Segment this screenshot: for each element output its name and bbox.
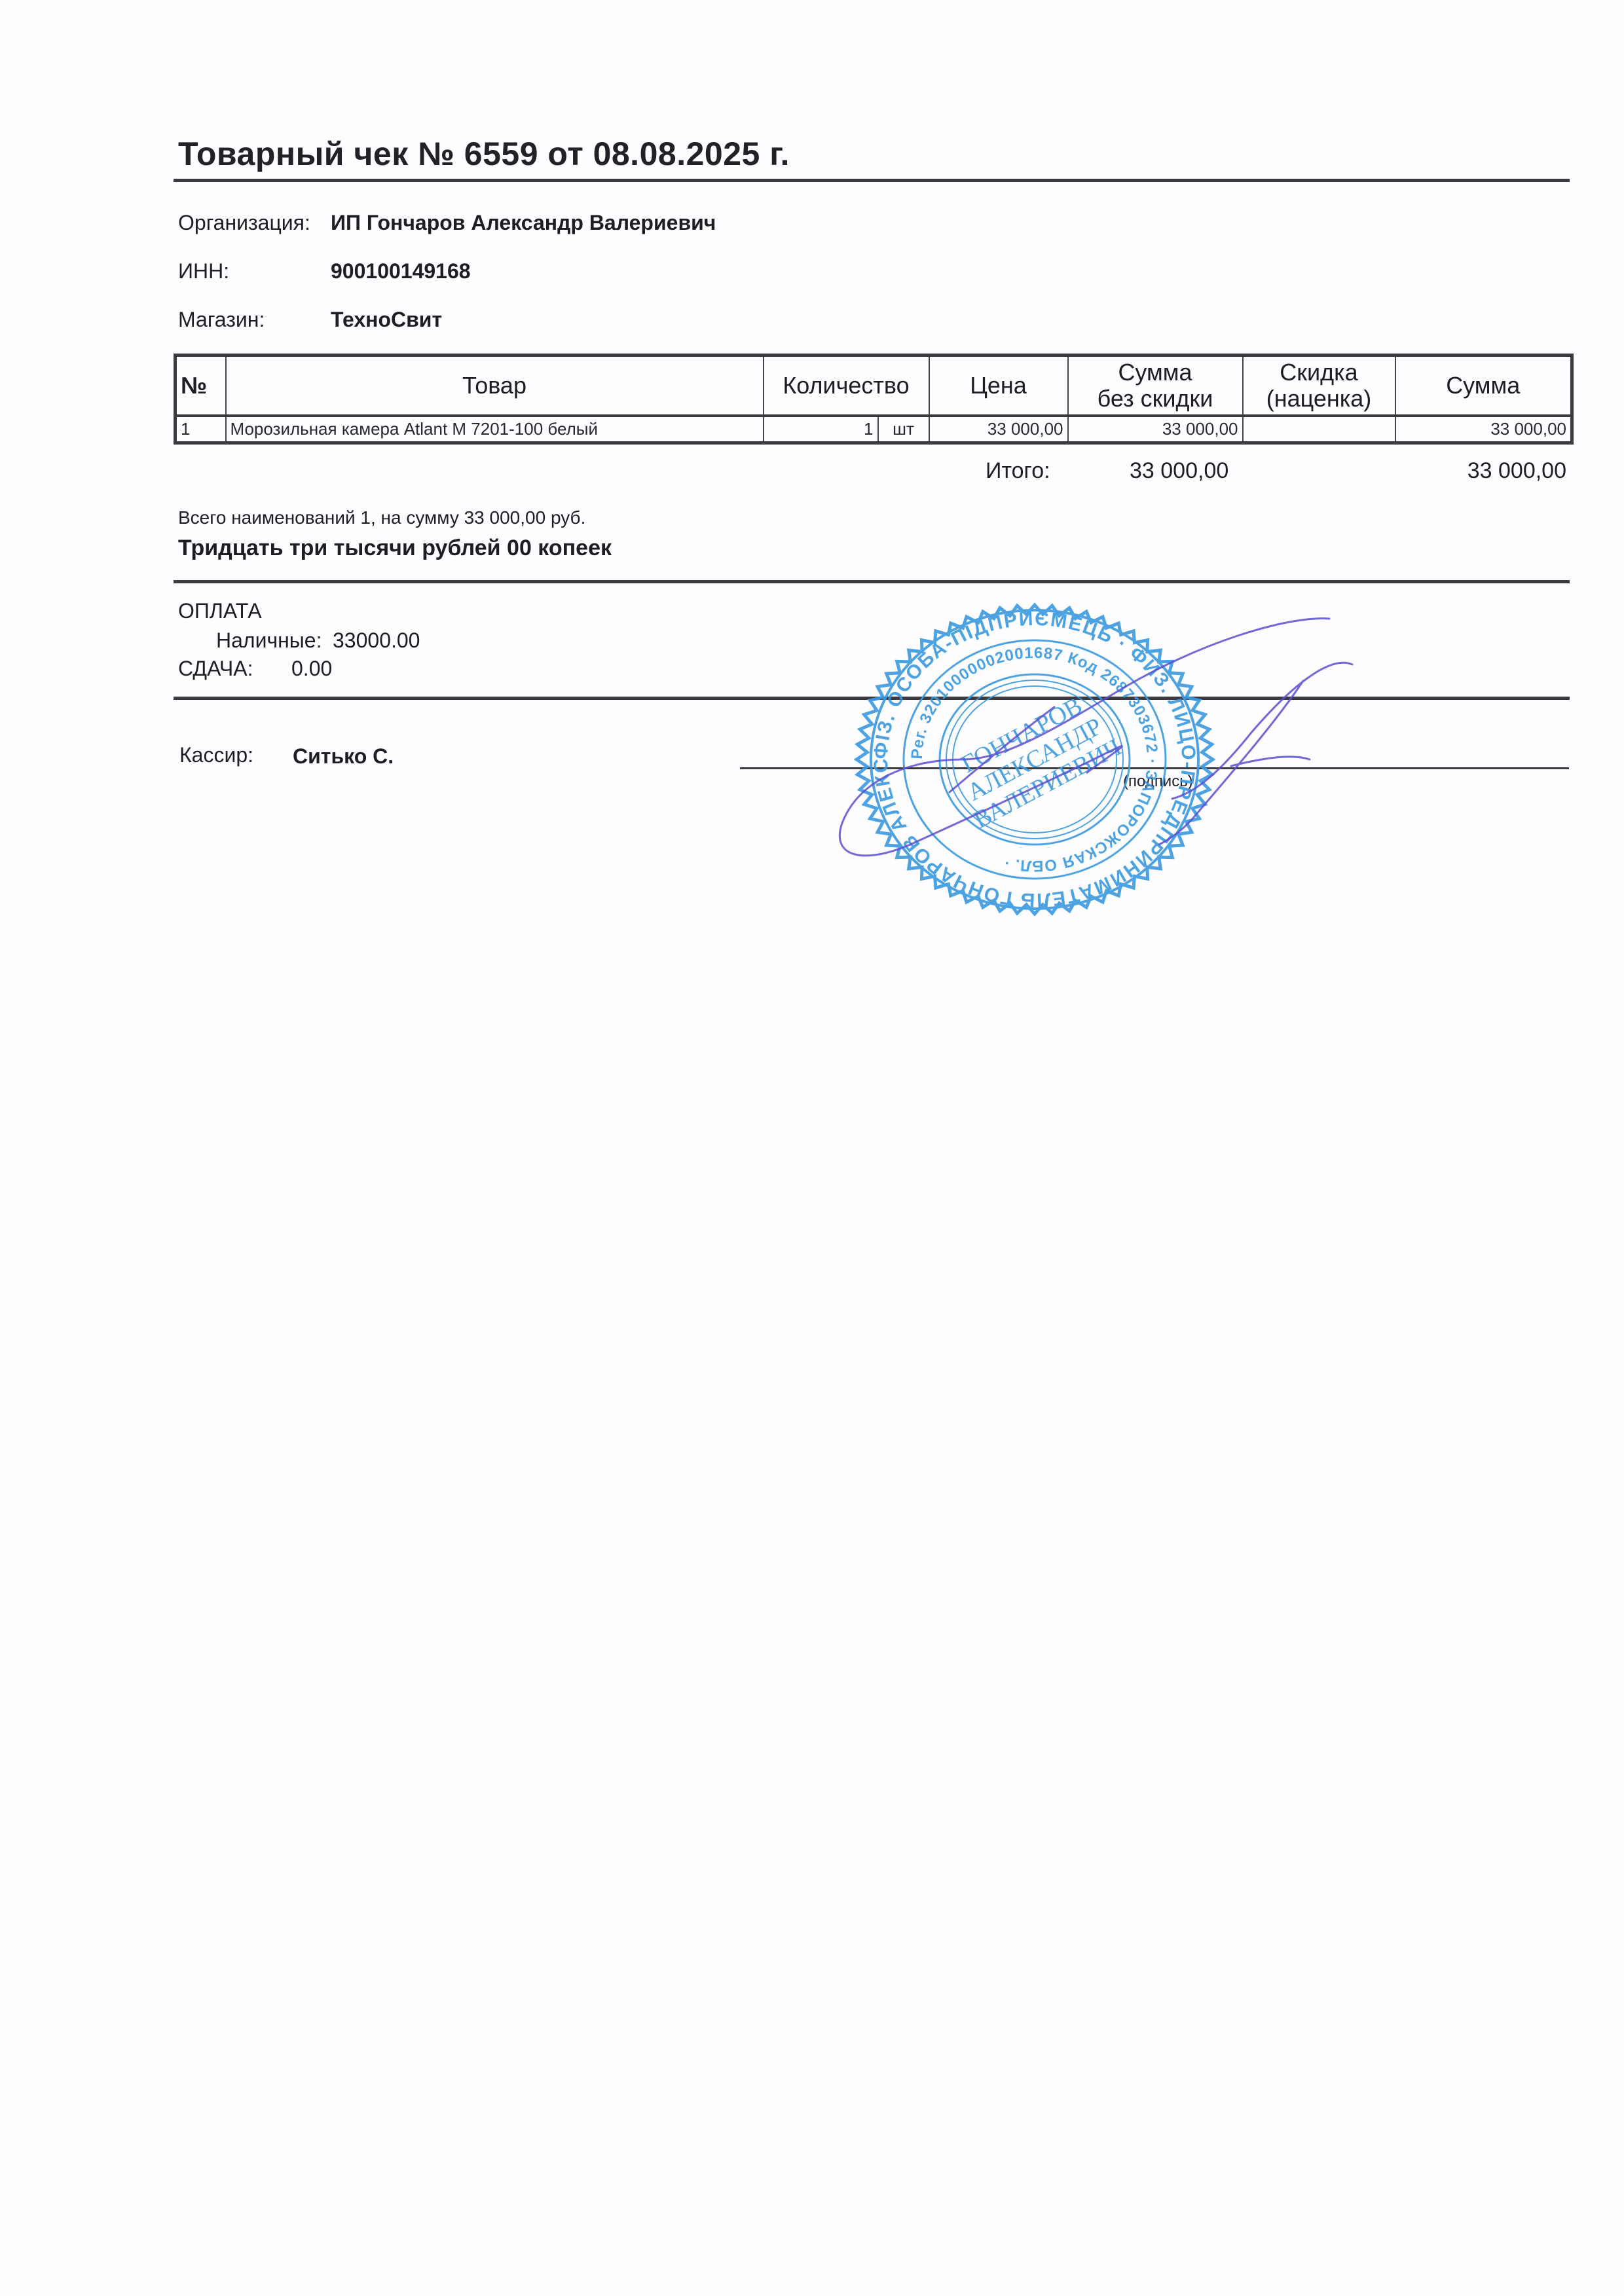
- payment-change-value: 0.00: [291, 657, 332, 681]
- header-sum: Сумма: [1395, 355, 1572, 416]
- payment-change-label: СДАЧА:: [178, 657, 253, 681]
- row-sum: 33 000,00: [1395, 416, 1572, 443]
- header-sum-no-discount-line2: без скидки: [1073, 386, 1238, 412]
- cashier-label: Кассир:: [179, 743, 253, 767]
- row-unit: шт: [878, 416, 929, 443]
- header-qty: Количество: [764, 355, 929, 416]
- row-price: 33 000,00: [929, 416, 1068, 443]
- table-row: 1 Морозильная камера Atlant M 7201-100 б…: [175, 416, 1572, 443]
- header-sum-no-discount: Сумма без скидки: [1068, 355, 1243, 416]
- summary-divider: [174, 580, 1570, 583]
- header-price: Цена: [929, 355, 1068, 416]
- payment-cash-label: Наличные:: [216, 629, 322, 653]
- payment-cash-value: 33000.00: [333, 629, 420, 653]
- amount-in-words: Тридцать три тысячи рублей 00 копеек: [178, 536, 612, 561]
- row-item: Морозильная камера Atlant M 7201-100 бел…: [226, 416, 764, 443]
- header-item: Товар: [226, 355, 764, 416]
- header-discount-line1: Скидка: [1247, 359, 1391, 386]
- header-discount: Скидка (наценка): [1243, 355, 1395, 416]
- header-sum-no-discount-line1: Сумма: [1073, 359, 1238, 386]
- cashier-name: Ситько С.: [293, 744, 394, 769]
- items-table: № Товар Количество Цена Сумма без скидки…: [174, 354, 1574, 445]
- payment-heading: ОПЛАТА: [178, 599, 262, 623]
- shop-label: Магазин:: [178, 308, 265, 332]
- page-title: Товарный чек № 6559 от 08.08.2025 г.: [178, 135, 790, 173]
- header-no: №: [175, 355, 226, 416]
- shop-value: ТехноСвит: [331, 308, 442, 332]
- inn-value: 900100149168: [331, 259, 471, 283]
- summary-count-line: Всего наименований 1, на сумму 33 000,00…: [178, 507, 585, 528]
- row-sum-no-discount: 33 000,00: [1068, 416, 1243, 443]
- title-divider: [174, 179, 1570, 182]
- inn-label: ИНН:: [178, 259, 229, 283]
- totals-sum-no-discount: 33 000,00: [1130, 458, 1228, 484]
- organization-label: Организация:: [178, 211, 310, 235]
- row-no: 1: [175, 416, 226, 443]
- totals-sum: 33 000,00: [1467, 458, 1566, 484]
- row-qty: 1: [764, 416, 878, 443]
- row-discount: [1243, 416, 1395, 443]
- totals-label: Итого:: [986, 458, 1050, 484]
- table-header-row: № Товар Количество Цена Сумма без скидки…: [175, 355, 1572, 416]
- organization-value: ИП Гончаров Александр Валериевич: [331, 211, 716, 235]
- handwritten-signature-icon: [832, 602, 1356, 877]
- header-discount-line2: (наценка): [1247, 386, 1391, 412]
